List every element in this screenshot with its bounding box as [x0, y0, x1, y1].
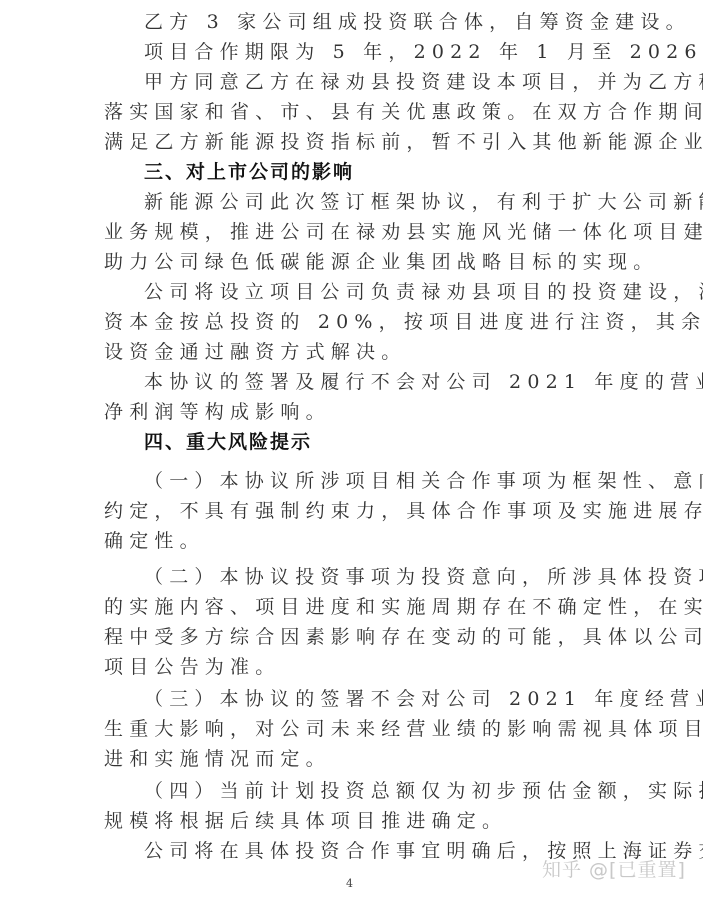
paragraph-line-3: 甲方同意乙方在禄劝县投资建设本项目，并为乙方积极: [144, 67, 604, 97]
paragraph-line-4: 落实国家和省、市、县有关优惠政策。在双方合作期间，未: [104, 97, 604, 127]
paragraph-line-12: 设资金通过融资方式解决。: [104, 337, 604, 367]
paragraph-line-16: （一）本协议所涉项目相关合作事项为框架性、意向性: [144, 466, 604, 496]
paragraph-line-21: 程中受多方综合因素影响存在变动的可能，具体以公司投资: [104, 622, 604, 652]
paragraph-line-8: 业务规模，推进公司在禄劝县实施风光储一体化项目建设，: [104, 217, 604, 247]
paragraph-line-28: 公司将在具体投资合作事宜明确后，按照上海证券交易: [144, 836, 604, 866]
paragraph-line-22: 项目公告为准。: [104, 652, 604, 682]
document-page: 乙方 3 家公司组成投资联合体，自筹资金建设。 项目合作期限为 5 年，2022…: [0, 0, 703, 902]
paragraph-line-26: （四）当前计划投资总额仅为初步预估金额，实际投资: [144, 776, 604, 806]
paragraph-line-5: 满足乙方新能源投资指标前，暂不引入其他新能源企业。: [104, 127, 604, 157]
paragraph-line-2: 项目合作期限为 5 年，2022 年 1 月至 2026 年 12 月。: [144, 37, 604, 67]
paragraph-line-13: 本协议的签署及履行不会对公司 2021 年度的营业收入、: [144, 367, 604, 397]
paragraph-line-7: 新能源公司此次签订框架协议，有利于扩大公司新能源: [144, 187, 604, 217]
paragraph-line-18: 确定性。: [104, 526, 604, 556]
paragraph-line-1: 乙方 3 家公司组成投资联合体，自筹资金建设。: [144, 7, 604, 37]
page-number: 4: [346, 877, 353, 891]
section-heading-3: 三、对上市公司的影响: [144, 157, 604, 187]
paragraph-line-9: 助力公司绿色低碳能源企业集团战略目标的实现。: [104, 247, 604, 277]
paragraph-line-11: 资本金按总投资的 20%，按项目进度进行注资，其余项目建: [104, 307, 604, 337]
paragraph-line-24: 生重大影响，对公司未来经营业绩的影响需视具体项目的推: [104, 714, 604, 744]
paragraph-line-27: 规模将根据后续具体项目推进确定。: [104, 806, 604, 836]
paragraph-line-25: 进和实施情况而定。: [104, 744, 604, 774]
paragraph-line-23: （三）本协议的签署不会对公司 2021 年度经营业绩产: [144, 684, 604, 714]
section-heading-4: 四、重大风险提示: [144, 427, 604, 457]
paragraph-line-19: （二）本协议投资事项为投资意向，所涉具体投资项目: [144, 562, 604, 592]
paragraph-line-10: 公司将设立项目公司负责禄劝县项目的投资建设，注册: [144, 277, 604, 307]
paragraph-line-20: 的实施内容、项目进度和实施周期存在不确定性，在实施过: [104, 592, 604, 622]
paragraph-line-14: 净利润等构成影响。: [104, 397, 604, 427]
zhihu-watermark: 知乎 @[已重置]: [542, 858, 686, 882]
paragraph-line-17: 约定，不具有强制约束力，具体合作事项及实施进展存在不: [104, 496, 604, 526]
